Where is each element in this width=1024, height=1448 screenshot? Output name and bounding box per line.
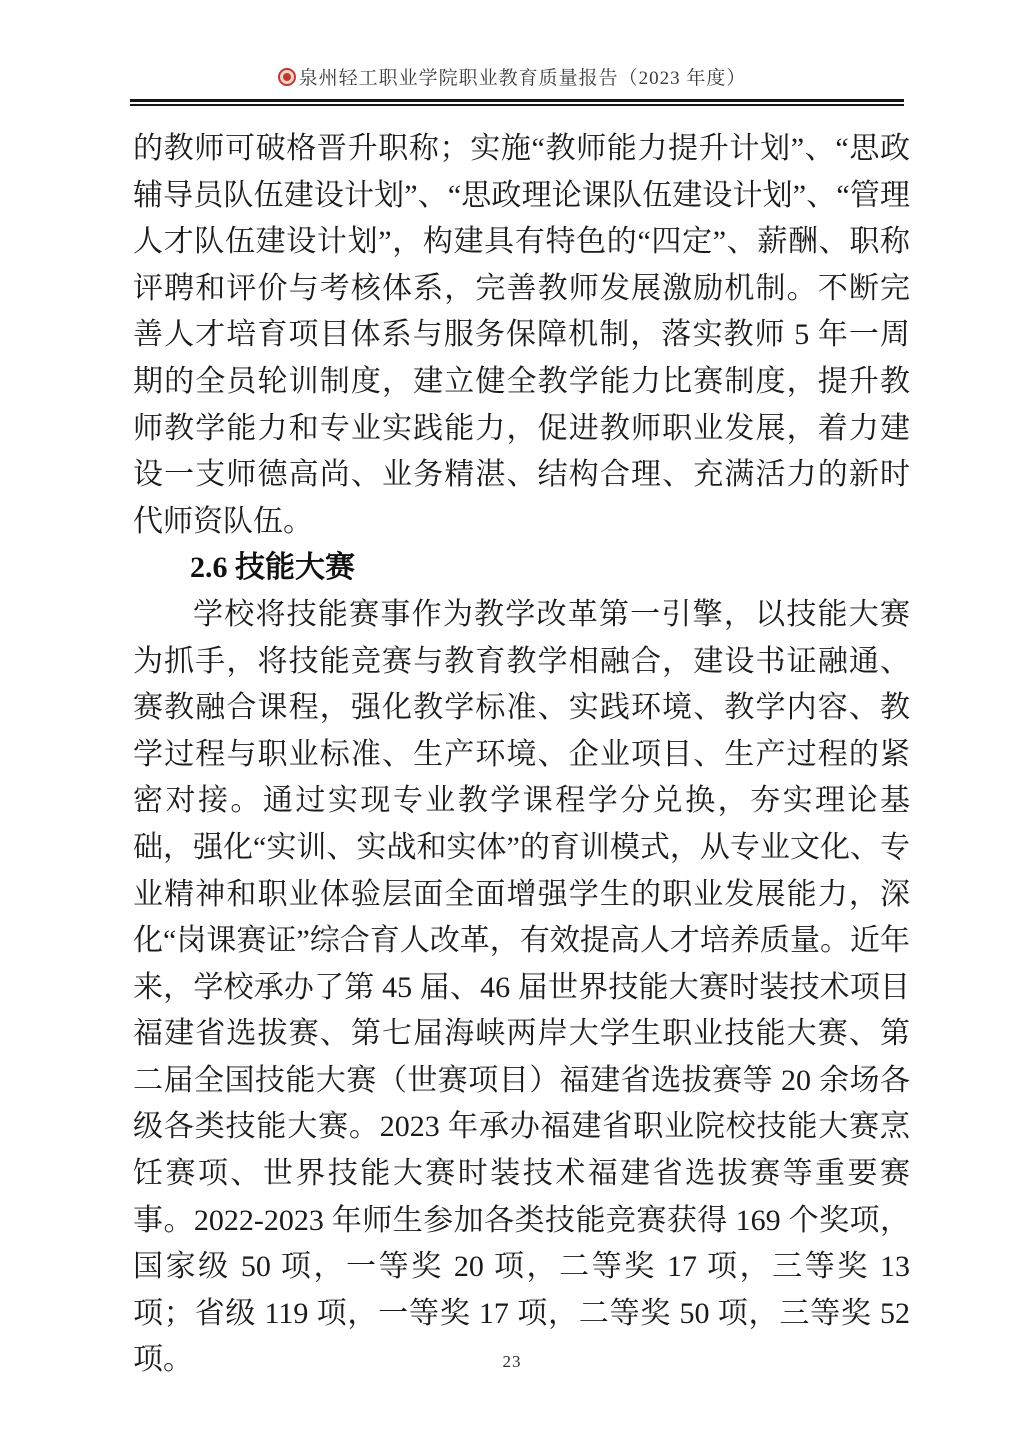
document-page: 泉州轻工职业学院职业教育质量报告（2023 年度） 的教师可破格晋升职称；实施“… bbox=[0, 0, 1024, 1448]
document-body: 的教师可破格晋升职称；实施“教师能力提升计划”、“思政辅导员队伍建设计划”、“思… bbox=[133, 126, 910, 1384]
header-divider-thick-line bbox=[130, 99, 904, 102]
report-header-title: 泉州轻工职业学院职业教育质量报告（2023 年度） bbox=[299, 63, 747, 90]
header-divider bbox=[130, 99, 904, 106]
section-heading-2-6: 2.6 技能大赛 bbox=[133, 545, 910, 592]
header-divider-thin-line bbox=[130, 104, 904, 106]
college-seal-icon bbox=[278, 68, 296, 86]
paragraph-skills-competition: 学校将技能赛事作为教学改革第一引擎，以技能大赛为抓手，将技能竞赛与教育教学相融合… bbox=[133, 592, 910, 1384]
page-header: 泉州轻工职业学院职业教育质量报告（2023 年度） bbox=[0, 63, 1024, 91]
page-number: 23 bbox=[0, 1352, 1024, 1372]
paragraph-teacher-development: 的教师可破格晋升职称；实施“教师能力提升计划”、“思政辅导员队伍建设计划”、“思… bbox=[133, 126, 910, 545]
